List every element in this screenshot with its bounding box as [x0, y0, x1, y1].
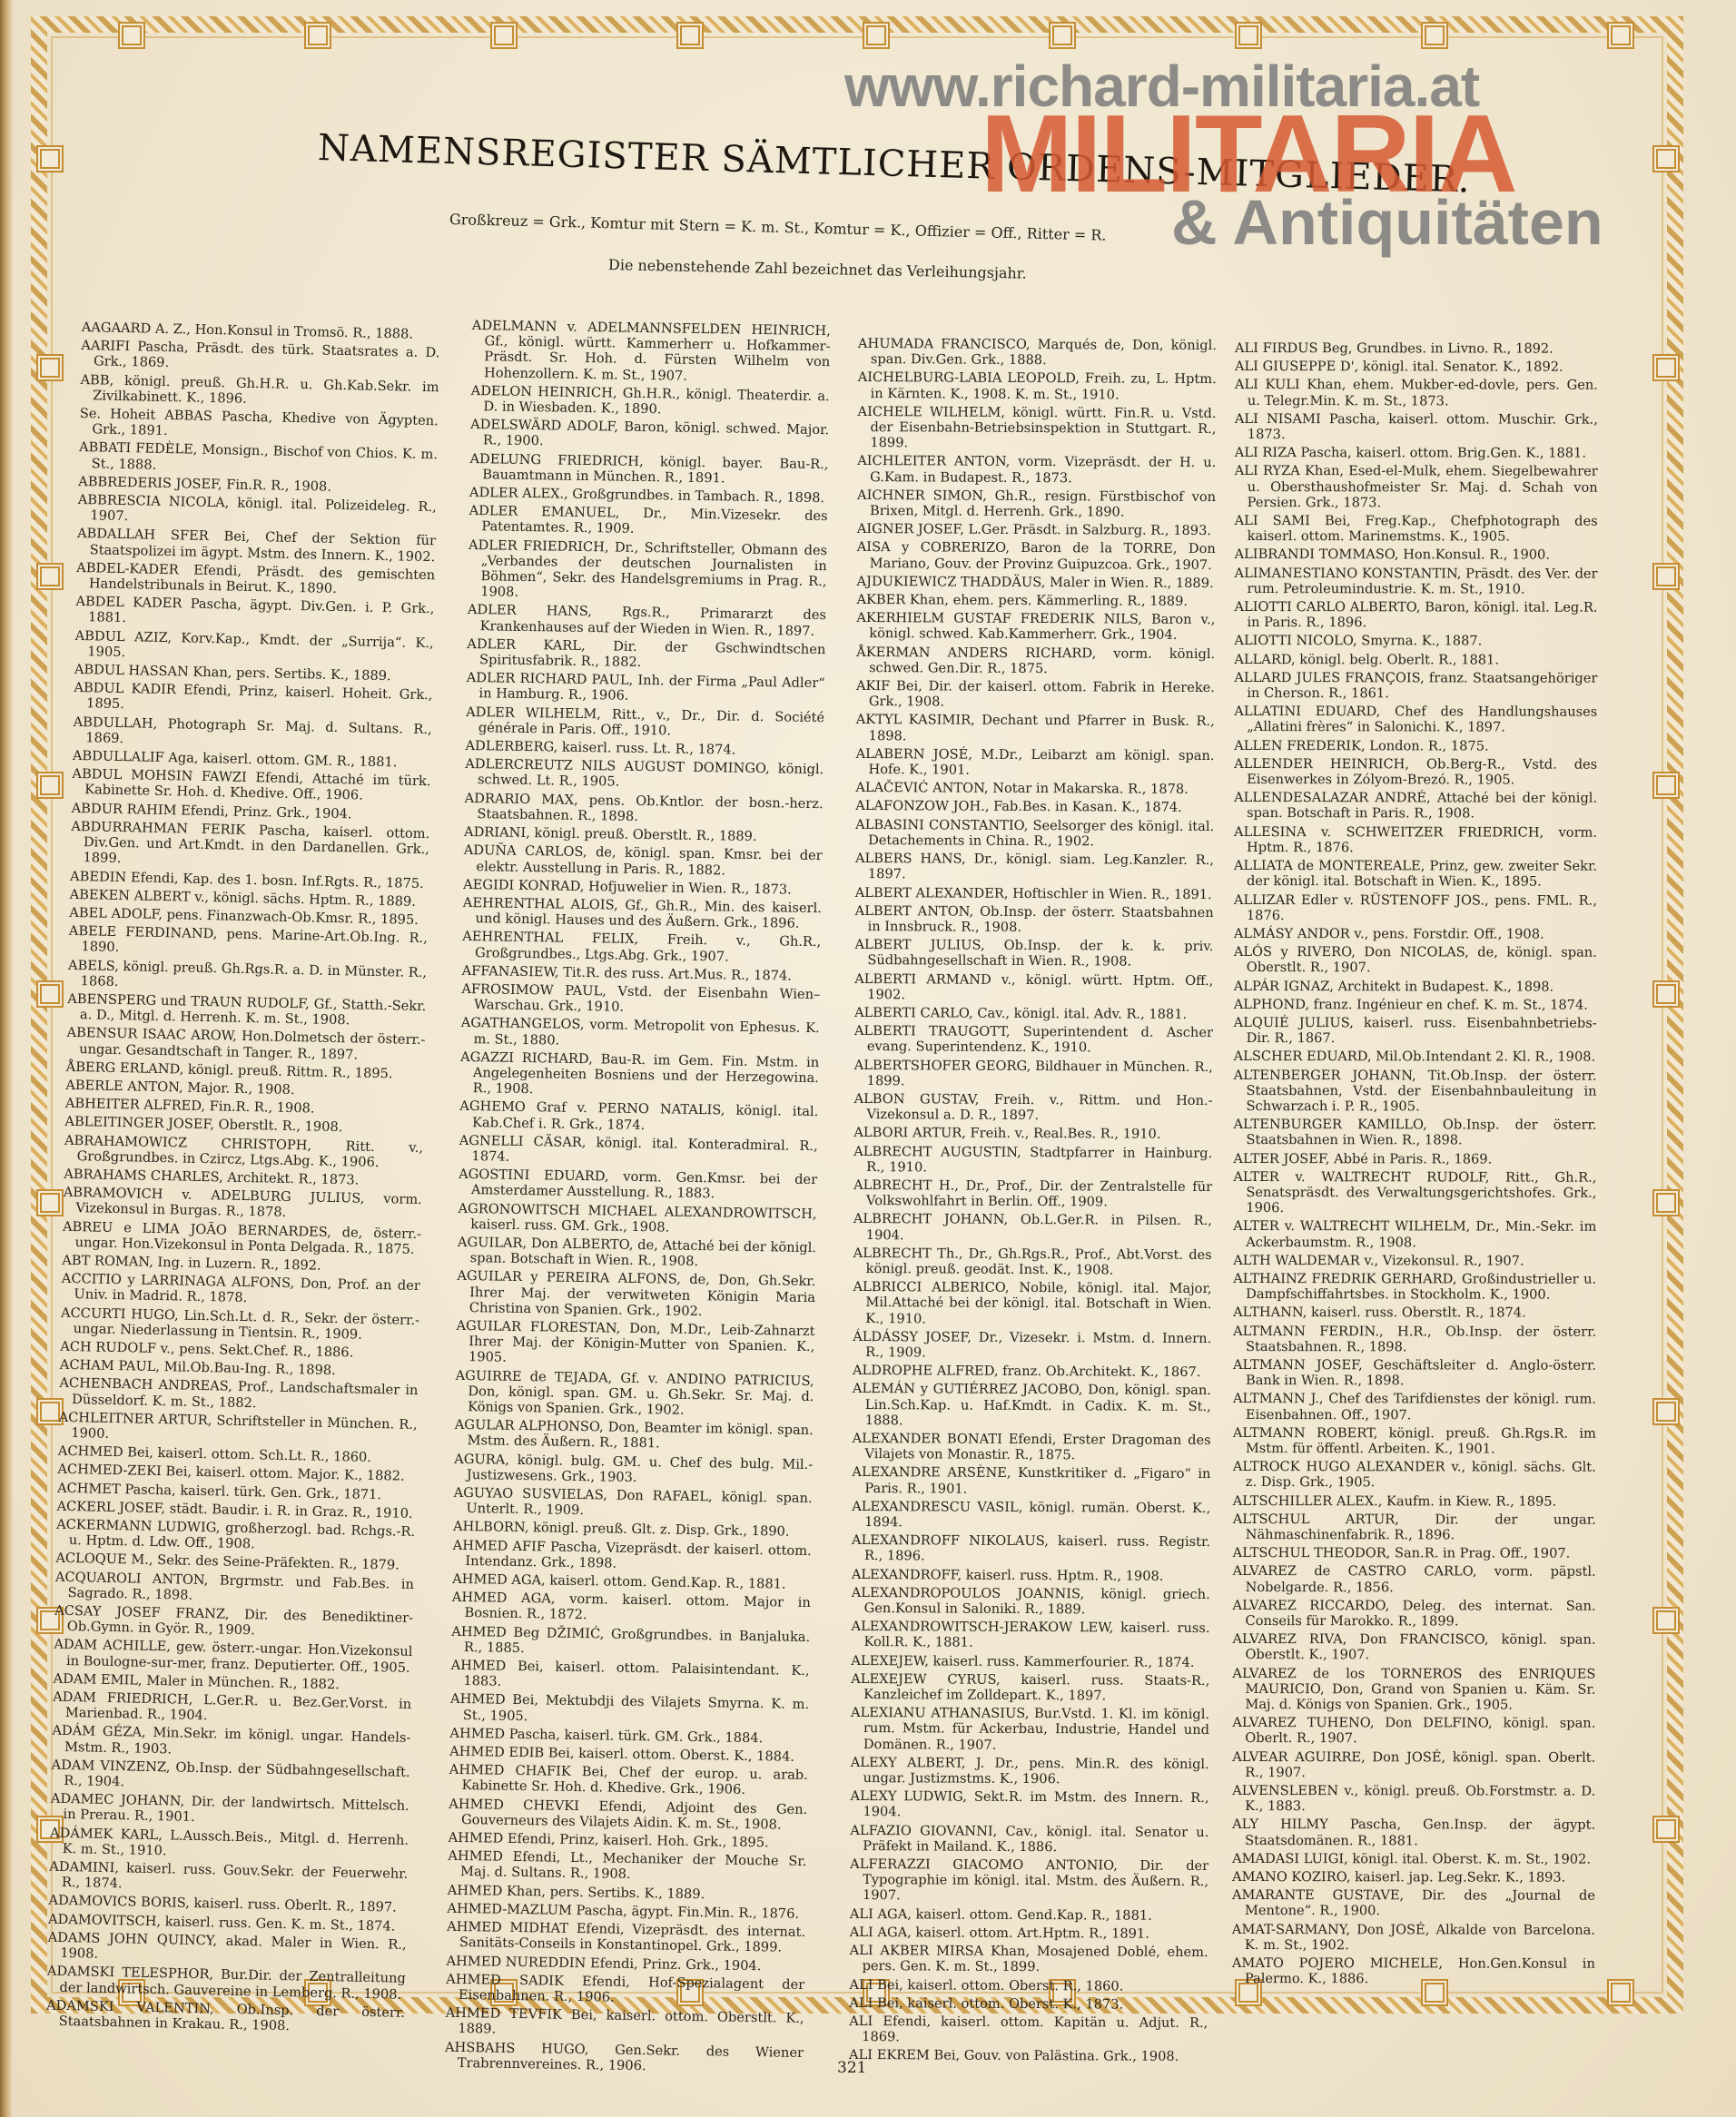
register-entry: ACQUAROLI ANTON, Brgrmstr. und Fab.Bes. …	[54, 1569, 414, 1608]
register-entry: ALBRECHT AUGUSTIN, Stadtpfarrer in Hainb…	[853, 1144, 1212, 1177]
register-entry: ACKERMANN LUDWIG, großherzogl. bad. Rchg…	[56, 1517, 416, 1556]
register-entry: ALEXANDROPOULOS JOANNIS, königl. griech.…	[852, 1585, 1210, 1618]
register-entry: ALVAREZ RICCARDO, Deleg. des internat. S…	[1233, 1598, 1596, 1630]
border-knot-icon	[1652, 1607, 1680, 1634]
register-entry: ALTHANN, kaiserl. russ. Oberstlt. R., 18…	[1233, 1305, 1596, 1321]
register-entry: AMANO KOZIRO, kaiserl. jap. Leg.Sekr. K.…	[1232, 1869, 1595, 1886]
register-entry: ALDROPHE ALFRED, franz. Ob.Architekt. K.…	[853, 1363, 1211, 1380]
register-entry: ADLER EMANUEL, Dr., Min.Vizesekr. des Pa…	[469, 503, 827, 540]
register-entry: ALEXY ALBERT, J. Dr., pens. Min.R. des k…	[851, 1755, 1209, 1787]
register-entry: AGATHANGELOS, vorm. Metropolit von Ephes…	[460, 1015, 819, 1052]
register-entry: AGUYAO SUSVIELAS, Don RAFAEL, königl. sp…	[453, 1485, 812, 1522]
register-entry: ALI Bei, kaiserl. ottom. Oberst. R., 186…	[849, 1976, 1208, 1994]
border-knot-icon	[36, 563, 64, 590]
register-entry: ALPÁR IGNAZ, Architekt in Budapest. K., …	[1234, 979, 1597, 995]
register-entry: AMATO POJERO MICHELE, Hon.Gen.Konsul in …	[1232, 1955, 1595, 1987]
register-entry: ALBERS HANS, Dr., königl. siam. Leg.Kanz…	[855, 851, 1214, 883]
register-entry: AHMED NUREDDIN Efendi, Prinz. Grk., 1904…	[446, 1953, 804, 1974]
register-entry: ALBERT JULIUS, Ob.Insp. der k. k. priv. …	[854, 937, 1213, 970]
register-entry: ADELMANN v. ADELMANNSFELDEN HEINRICH, Gf…	[471, 318, 831, 386]
register-entry: AMADASI LUIGI, königl. ital. Oberst. K. …	[1232, 1851, 1595, 1867]
register-entry: AMAT-SARMANY, Don JOSÉ, Alkalde von Barc…	[1232, 1922, 1595, 1954]
register-entry: ALBON GUSTAV, Freih. v., Rittm. und Hon.…	[853, 1091, 1212, 1124]
register-entry: ACSAY JOSEF FRANZ, Dir. des Benediktiner…	[54, 1603, 414, 1642]
register-entry: ALI AKBER MIRSA Khan, Mosajened Doblé, e…	[850, 1943, 1208, 1975]
border-knot-icon	[1652, 354, 1680, 381]
register-columns: AAGAARD A. Z., Hon.Konsul in Tromsö. R.,…	[82, 327, 1634, 1961]
register-entry: ABDEL-KADER Efendi, Präsdt. des gemischt…	[76, 560, 436, 599]
register-entry: ADLERBERG, kaiserl. russ. Lt. R., 1874.	[465, 738, 824, 759]
register-entry: AFFANASIEW, Tit.R. des russ. Art.Mus. R.…	[462, 963, 821, 984]
register-entry: AICHNER SIMON, Gh.R., resign. Fürstbisch…	[857, 487, 1216, 520]
register-entry: ADELUNG FRIEDRICH, königl. bayer. Bau-R.…	[469, 451, 828, 488]
register-entry: AGOSTINI EDUARD, vorm. Gen.Kmsr. bei der…	[459, 1167, 817, 1204]
register-entry: AHSBAHS HUGO, Gen.Sekr. des Wiener Trabr…	[445, 2039, 804, 2076]
register-entry: ACCITIO y LARRINAGA ALFONS, Don, Prof. a…	[61, 1271, 420, 1310]
register-entry: ÅKERMAN ANDERS RICHARD, vorm. königl. sc…	[856, 645, 1215, 677]
register-entry: AARIFI Pascha, Präsdt. des türk. Staatsr…	[81, 338, 440, 377]
register-entry: ALTER v. WALTRECHT WILHELM, Dr., Min.-Se…	[1233, 1218, 1596, 1250]
border-knot-icon	[304, 22, 331, 49]
register-entry: AGULAR ALPHONSO, Don, Beamter im königl.…	[454, 1417, 813, 1454]
register-entry: ADAMSKI VALENTIN, Ob.Insp. der österr. S…	[46, 1997, 406, 2036]
border-knot-icon	[36, 980, 64, 1008]
register-entry: AEHRENTHAL FELIX, Freih. v., Gh.R., Groß…	[462, 929, 821, 966]
register-entry: ALBORI ARTUR, Freih. v., Real.Bes. R., 1…	[853, 1125, 1212, 1142]
register-entry: AHUMADA FRANCISCO, Marqués de, Don, köni…	[858, 336, 1217, 369]
register-entry: AISA y COBRERIZO, Baron de la TORRE, Don…	[857, 539, 1216, 572]
register-entry: AHMED Efendi, Lt., Mechaniker der Mouche…	[448, 1848, 806, 1886]
register-entry: AICHLEITER ANTON, vorm. Vizepräsdt. der …	[857, 453, 1216, 486]
register-entry: ALIMANESTIANO KONSTANTIN, Präsdt. des Ve…	[1235, 566, 1598, 597]
register-entry: ADAMSKI TELESPHOR, Bur.Dir. der Zentrall…	[46, 1964, 406, 2003]
register-entry: AGUILAR FLORESTAN, Don, M.Dr., Leib-Zahn…	[456, 1318, 815, 1371]
register-entry: ALI Bei, kaiserl. ottom. Oberst. K., 187…	[849, 1995, 1208, 2013]
register-entry: ABENSUR ISAAC AROW, Hon.Dolmetsch der ös…	[66, 1025, 426, 1064]
register-entry: ALVAREZ de CASTRO CARLO, vorm. päpstl. N…	[1233, 1563, 1596, 1595]
register-entry: AEGIDI KONRAD, Hofjuwelier in Wien. R., …	[463, 877, 822, 898]
register-entry: AKERHIELM GUSTAF FREDERIK NILS, Baron v.…	[856, 610, 1215, 643]
register-entry: AHMED CHEVKI Efendi, Adjoint des Gen. Go…	[449, 1796, 807, 1833]
register-entry: ABREU e LIMA JOÃO BERNARDES, de, österr.…	[63, 1218, 422, 1257]
register-entry: ALTSCHUL ARTUR, Dir. der ungar. Nähmasch…	[1233, 1511, 1596, 1543]
register-entry: ADAM ACHILLE, gew. österr.-ungar. Hon.Vi…	[54, 1637, 413, 1676]
register-entry: ALBRECHT JOHANN, Ob.L.Ger.R. in Pilsen. …	[853, 1211, 1212, 1244]
register-entry: AGAZZI RICHARD, Bau-R. im Gem. Fin. Mstm…	[460, 1049, 820, 1102]
register-entry: AHMED CHAFIK Bei, Chef der europ. u. ara…	[449, 1762, 807, 1799]
register-entry: ALVAREZ de los TORNEROS des ENRIQUES MAU…	[1232, 1666, 1595, 1713]
register-entry: ALTMANN JOSEF, Geschäftsleiter d. Anglo-…	[1233, 1357, 1596, 1389]
register-column-2: ADELMANN v. ADELMANNSFELDEN HEINRICH, Gf…	[445, 318, 831, 2079]
register-entry: ABBATI FEDÈLE, Monsign., Bischof von Chi…	[79, 439, 439, 478]
register-entry: ACHLEITNER ARTUR, Schriftsteller in Münc…	[58, 1410, 418, 1449]
register-entry: AFROSIMOW PAUL, Vstd. der Eisenbahn Wien…	[461, 981, 820, 1019]
register-entry: AHMED EDIB Bei, kaiserl. ottom. Oberst. …	[449, 1744, 808, 1765]
register-entry: AHMED Bei, kaiserl. ottom. Palaisintenda…	[450, 1658, 809, 1695]
register-entry: ALMÁSY ANDOR v., pens. Forstdir. Off., 1…	[1234, 926, 1597, 942]
register-entry: ADELON HEINRICH, Gh.H.R., königl. Theate…	[470, 383, 829, 420]
register-entry: ABBRESCIA NICOLA, königl. ital. Polizeid…	[77, 492, 437, 531]
register-entry: ALBERTSHOFER GEORG, Bildhauer in München…	[854, 1058, 1213, 1090]
register-entry: ALI SAMI Bei, Freg.Kap., Chefphotograph …	[1235, 513, 1598, 545]
register-entry: AHMED AGA, kaiserl. ottom. Gend.Kap. R.,…	[452, 1571, 811, 1592]
register-entry: ALVAREZ TUHENO, Don DELFINO, königl. spa…	[1232, 1715, 1595, 1747]
register-entry: ALEXANDROFF, kaiserl. russ. Hptm. R., 19…	[852, 1567, 1210, 1584]
register-entry: AHMED AFIF Pascha, Vizepräsdt. der kaise…	[452, 1537, 811, 1574]
register-entry: ALEMÁN y GUTIÉRREZ JACOBO, Don, königl. …	[853, 1381, 1211, 1430]
register-entry: ALLENDESALAZAR ANDRÉ, Attaché bei der kö…	[1234, 790, 1597, 822]
register-entry: ALY HILMY Pascha, Gen.Insp. der ägypt. S…	[1232, 1817, 1595, 1848]
register-entry: ALLIATA de MONTEREALE, Prinz, gew. zweit…	[1234, 858, 1597, 890]
register-entry: AHMED Efendi, Prinz, kaiserl. Hoh. Grk.,…	[449, 1830, 807, 1851]
register-entry: ALFERAZZI GIACOMO ANTONIO, Dir. der Typo…	[850, 1856, 1208, 1905]
register-entry: ALI KULI Khan, ehem. Mukber-ed-dovle, pe…	[1235, 377, 1598, 409]
register-entry: ADLER HANS, Rgs.R., Primararzt des Krank…	[468, 602, 826, 639]
register-entry: AHLBORN, königl. preuß. Glt. z. Disp. Gr…	[453, 1519, 812, 1540]
border-knot-icon	[36, 145, 64, 172]
register-entry: AHMED-MAZLUM Pascha, ägypt. Fin.Min. R.,…	[447, 1901, 805, 1922]
register-entry: AHMED TEVFIK Bei, kaiserl. ottom. Oberst…	[445, 2005, 804, 2043]
register-entry: AHMED Khan, pers. Sertibs. K., 1889.	[448, 1882, 806, 1903]
register-entry: ALBRECHT Th., Dr., Gh.Rgs.R., Prof., Abt…	[853, 1246, 1212, 1278]
register-entry: ALI Efendi, kaiserl. ottom. Kapitän u. A…	[849, 2014, 1208, 2046]
register-entry: ALTENBERGER JOHANN, Tit.Ob.Insp. der öst…	[1234, 1068, 1597, 1115]
register-entry: AEHRENTHAL ALOIS, Gf., Gh.R., Min. des k…	[462, 895, 821, 932]
border-knot-icon	[36, 354, 64, 381]
register-column-1: AAGAARD A. Z., Hon.Konsul in Tromsö. R.,…	[46, 320, 440, 2039]
register-entry: ABRAHAMOWICZ CHRISTOPH, Ritt. v., Großgr…	[64, 1132, 424, 1171]
register-entry: ALI EKREM Bei, Gouv. von Palästina. Grk.…	[849, 2047, 1208, 2064]
register-entry: AGUIRRE de TEJADA, Gf. v. ANDINO PATRICI…	[455, 1367, 814, 1420]
register-entry: ABB, königl. preuß. Gh.H.R. u. Gh.Kab.Se…	[80, 372, 439, 411]
border-knot-icon	[1049, 22, 1076, 49]
register-entry: ALTSCHILLER ALEX., Kaufm. in Kiew. R., 1…	[1233, 1493, 1596, 1510]
register-entry: ALEXEJEW, kaiserl. russ. Kammerfourier. …	[851, 1653, 1209, 1670]
register-entry: ALEXANDRESCU VASIL, königl. rumän. Obers…	[852, 1499, 1210, 1531]
register-entry: ADELSWÄRD ADOLF, Baron, königl. schwed. …	[470, 417, 829, 454]
register-entry: ALEXY LUDWIG, Sekt.R. im Mstm. des Inner…	[850, 1788, 1208, 1821]
register-entry: ALTROCK HUGO ALEXANDER v., königl. sächs…	[1233, 1459, 1596, 1491]
register-entry: AHMED MIDHAT Efendi, Vizepräsdt. des int…	[447, 1919, 805, 1956]
book-binding-edge	[0, 0, 13, 2117]
register-entry: ADAM FRIEDRICH, L.Ger.R. u. Bez.Ger.Vors…	[53, 1689, 412, 1728]
register-entry: AHMED Pascha, kaiserl. türk. GM. Grk., 1…	[449, 1726, 808, 1747]
register-entry: ALLARD, königl. belg. Oberlt. R., 1881.	[1234, 652, 1597, 668]
border-knot-icon	[1235, 22, 1262, 49]
page-number: 321	[837, 2059, 866, 2077]
watermark-antiquitaeten: & Antiquitäten	[1171, 191, 1603, 254]
border-knot-icon	[490, 22, 518, 49]
register-entry: ABDURRAHMAN FERIK Pascha, kaiserl. ottom…	[70, 819, 429, 873]
register-entry: ABELS, königl. preuß. Gh.Rgs.R. a. D. in…	[68, 957, 428, 996]
border-knot-icon	[1421, 22, 1448, 49]
register-entry: ALI GIUSEPPE D', königl. ital. Senator. …	[1235, 359, 1598, 375]
register-column-4: ALI FIRDUS Beg, Grundbes. in Livno. R., …	[1232, 340, 1598, 1990]
register-entry: ABDUL MOHSIN FAWZI Efendi, Attaché im tü…	[72, 766, 431, 805]
register-entry: ADLER WILHELM, Ritt., v., Dr., Dir. d. S…	[466, 704, 824, 742]
register-entry: ABENSPERG und TRAUN RUDOLF, Gf., Statth.…	[67, 991, 427, 1030]
register-entry: ALIOTTI NICOLO, Smyrna. K., 1887.	[1234, 633, 1597, 649]
register-entry: ADAMINI, kaiserl. russ. Gouv.Sekr. der F…	[49, 1859, 409, 1898]
register-entry: ALI RYZA Khan, Esed-el-Mulk, ehem. Siege…	[1235, 463, 1598, 510]
register-entry: ALEXANDRE ARSÈNE, Kunstkritiker d. „Figa…	[852, 1464, 1210, 1497]
register-entry: AKTYL KASIMIR, Dechant und Pfarrer in Bu…	[856, 712, 1215, 744]
register-entry: ALBERT ALEXANDER, Hoftischler in Wien. R…	[855, 884, 1214, 901]
register-entry: AGURA, königl. bulg. GM. u. Chef des bul…	[454, 1451, 813, 1488]
register-entry: ABDUL AZIZ, Korv.Kap., Kmdt. der „Surrij…	[74, 628, 434, 667]
register-entry: ALLEN FREDERIK, London. R., 1875.	[1234, 738, 1597, 754]
register-entry: AICHELE WILHELM, königl. württ. Fin.R. u…	[857, 404, 1216, 453]
register-entry: AICHELBURG-LABIA LEOPOLD, Freih. zu, L. …	[858, 369, 1217, 402]
border-knot-icon	[1652, 1189, 1680, 1216]
register-entry: AMARANTE GUSTAVE, Dir. des „Journal de M…	[1232, 1887, 1595, 1919]
register-entry: ALBERTI ARMAND v., königl. württ. Hptm. …	[854, 971, 1213, 1004]
register-entry: ALTER v. WALTRECHT RUDOLF, Ritt., Gh.R.,…	[1233, 1169, 1596, 1216]
register-entry: ADLERCREUTZ NILS AUGUST DOMINGO, königl.…	[465, 756, 824, 793]
register-entry: ALAČEVIĆ ANTON, Notar in Makarska. R., 1…	[855, 780, 1214, 797]
register-entry: ALI AGA, kaiserl. ottom. Gend.Kap. R., 1…	[850, 1906, 1208, 1924]
register-entry: ADÁM GÉZA, Min.Sekr. im königl. ungar. H…	[52, 1723, 411, 1762]
register-entry: ABELE FERDINAND, pens. Marine-Art.Ob.Ing…	[68, 923, 428, 962]
register-entry: ALABERN JOSÉ, M.Dr., Leibarzt am königl.…	[855, 746, 1214, 779]
register-entry: ALTENBURGER KAMILLO, Ob.Insp. der österr…	[1233, 1117, 1596, 1148]
register-entry: ALIOTTI CARLO ALBERTO, Baron, königl. it…	[1234, 599, 1597, 631]
register-entry: ALTMANN J., Chef des Tarifdienstes der k…	[1233, 1391, 1596, 1423]
register-entry: ALEXANDER BONATI Efendi, Erster Dragoman…	[853, 1431, 1211, 1463]
register-entry: AIGNER JOSEF, L.Ger. Präsdt. in Salzburg…	[857, 521, 1216, 538]
register-entry: ADAMS JOHN QUINCY, akad. Maler in Wien. …	[47, 1930, 407, 1969]
border-knot-icon	[36, 1189, 64, 1216]
border-knot-icon	[1652, 980, 1680, 1008]
border-knot-icon	[676, 22, 704, 49]
register-entry: ALLATINI EDUARD, Chef des Handlungshause…	[1234, 704, 1597, 735]
register-entry: AGRONOWITSCH MICHAEL ALEXANDROWITSCH, ka…	[458, 1200, 816, 1237]
register-entry: ALBERTI TRAUGOTT, Superintendent d. Asch…	[854, 1023, 1213, 1056]
register-entry: ABDALLAH SFER Bei, Chef der Sektion für …	[77, 526, 437, 565]
register-entry: ALI AGA, kaiserl. ottom. Art.Hptm. R., 1…	[850, 1925, 1208, 1942]
register-entry: ALTMANN FERDIN., H.R., Ob.Insp. der öste…	[1233, 1324, 1596, 1355]
register-entry: ADLER ALEX., Großgrundbes. in Tambach. R…	[469, 485, 828, 506]
register-entry: ALTER JOSEF, Abbé in Paris. R., 1869.	[1233, 1151, 1596, 1167]
register-entry: ALBERTI CARLO, Cav., königl. ital. Adv. …	[854, 1005, 1213, 1022]
register-entry: ALI FIRDUS Beg, Grundbes. in Livno. R., …	[1235, 340, 1598, 357]
register-entry: AHMED AGA, vorm. kaiserl. ottom. Major i…	[451, 1590, 810, 1627]
register-entry: ALEXEJEW CYRUS, kaiserl. russ. Staats-R.…	[851, 1671, 1209, 1704]
register-entry: ALBASINI CONSTANTIO, Seelsorger des köni…	[855, 817, 1214, 850]
register-entry: ALBRICCI ALBERICO, Nobile, königl. ital.…	[853, 1279, 1211, 1328]
register-entry: ADLER FRIEDRICH, Dr., Schriftsteller, Ob…	[468, 537, 827, 606]
register-entry: AGNELLI CÄSAR, königl. ital. Konteradmir…	[459, 1133, 817, 1170]
register-entry: ALTMANN ROBERT, königl. preuß. Gh.Rgs.R.…	[1233, 1425, 1596, 1457]
register-entry: AGHEMO Graf v. PERNO NATALIS, königl. it…	[459, 1098, 818, 1136]
register-entry: ALLESINA v. SCHWEITZER FRIEDRICH, vorm. …	[1234, 824, 1597, 856]
register-entry: ALBERT ANTON, Ob.Insp. der österr. Staat…	[855, 903, 1214, 936]
register-entry: ALI NISAMI Pascha, kaiserl. ottom. Musch…	[1235, 411, 1598, 443]
register-entry: ALEXANDROFF NIKOLAUS, kaiserl. russ. Reg…	[852, 1532, 1210, 1565]
register-entry: ABDUL KADIR Efendi, Prinz, kaiserl. Hohe…	[74, 680, 433, 719]
register-entry: AHMED Bei, Mektubdji des Vilajets Smyrna…	[450, 1691, 809, 1728]
register-entry: ALÓS y RIVERO, Don NICOLAS, de, königl. …	[1234, 944, 1597, 976]
border-knot-icon	[36, 772, 64, 799]
register-entry: AKBER Khan, ehem. pers. Kämmerling. R., …	[856, 592, 1215, 609]
register-entry: ALLIZAR Edler v. RÜSTENOFF JOS., pens. F…	[1234, 891, 1597, 923]
register-entry: ALBRECHT H., Dr., Prof., Dir. der Zentra…	[853, 1177, 1212, 1210]
register-entry: ALTSCHUL THEODOR, San.R. in Prag. Off., …	[1233, 1545, 1596, 1561]
register-entry: ADLER RICHARD PAUL, Inh. der Firma „Paul…	[466, 670, 824, 707]
register-entry: ACHENBACH ANDREAS, Prof., Landschaftsmal…	[59, 1375, 419, 1414]
register-entry: ADLER KARL, Dir. der Gschwindtschen Spir…	[467, 636, 825, 674]
register-entry: ALVENSLEBEN v., königl. preuß. Ob.Forstm…	[1232, 1783, 1595, 1815]
register-entry: ALPHOND, franz. Ingénieur en chef. K. m.…	[1234, 997, 1597, 1013]
border-knot-icon	[1652, 145, 1680, 172]
border-knot-icon	[1652, 1816, 1680, 1843]
register-entry: ALTH WALDEMAR v., Vizekonsul. R., 1907.	[1233, 1253, 1596, 1269]
register-entry: ABRAMOVICH v. ADELBURG JULIUS, vorm. Viz…	[63, 1185, 422, 1224]
register-entry: AKIF Bei, Dir. der kaiserl. ottom. Fabri…	[856, 678, 1215, 711]
register-entry: ALEXANDROWITSCH-JERAKOW LEW, kaiserl. ru…	[851, 1619, 1209, 1651]
register-entry: ALLARD JULES FRANÇOIS, franz. Staatsange…	[1234, 670, 1597, 702]
border-knot-icon	[1652, 772, 1680, 799]
register-entry: ALEXIANU ATHANASIUS, Bur.Vstd. 1. Kl. im…	[851, 1705, 1209, 1754]
register-entry: AHMED SADIK Efendi, Hof-Spezialagent der…	[446, 1971, 804, 2008]
register-entry: ALFAZIO GIOVANNI, Cav., königl. ital. Se…	[850, 1823, 1208, 1856]
register-entry: ALQUIÉ JULIUS, kaiserl. russ. Eisenbahnb…	[1234, 1015, 1597, 1047]
register-entry: ABDEL KADER Pascha, ägypt. Div.Gen. i. P…	[75, 594, 435, 633]
border-knot-icon	[1652, 1398, 1680, 1425]
register-entry: ALVAREZ RIVA, Don FRANCISCO, königl. spa…	[1232, 1631, 1595, 1663]
register-entry: AHMED Beg DŽIMIĆ, Großgrundbes. in Banja…	[451, 1623, 810, 1660]
register-entry: ALAFONZOW JOH., Fab.Bes. in Kasan. K., 1…	[855, 798, 1214, 815]
register-entry: ACCURTI HUGO, Lin.Sch.Lt. d. R., Sekr. d…	[61, 1305, 420, 1344]
register-entry: AGUILAR y PEREIRA ALFONS, de, Don, Gh.Se…	[457, 1268, 816, 1321]
register-entry: ALTHAINZ FREDRIK GERHARD, Großindustriel…	[1233, 1271, 1596, 1303]
register-entry: AJDUKIEWICZ THADDÄUS, Maler in Wien. R.,…	[857, 574, 1216, 591]
register-column-3: AHUMADA FRANCISCO, Marqués de, Don, köni…	[849, 336, 1217, 2068]
register-entry: ALSCHER EDUARD, Mil.Ob.Intendant 2. Kl. …	[1234, 1049, 1597, 1065]
border-knot-icon	[863, 22, 890, 49]
border-knot-icon	[1607, 1979, 1634, 2006]
register-entry: ALIBRANDI TOMMASO, Hon.Konsul. R., 1900.	[1235, 546, 1598, 563]
register-entry: ADAM VINZENZ, Ob.Insp. der Südbahngesell…	[51, 1758, 410, 1797]
register-entry: ALLENDER HEINRICH, Ob.Berg-R., Vstd. des…	[1234, 756, 1597, 788]
register-entry: ABDULLAH, Photograph Sr. Maj. d. Sultans…	[73, 714, 432, 753]
border-knot-icon	[118, 22, 145, 49]
register-entry: ADUÑA CARLOS, de, königl. span. Kmsr. be…	[463, 842, 822, 880]
register-entry: AGUILAR, Don ALBERTO, de, Attaché bei de…	[458, 1235, 816, 1272]
border-knot-icon	[1607, 22, 1634, 49]
register-entry: Se. Hoheit ABBAS Pascha, Khedive von Ägy…	[79, 406, 439, 445]
register-entry: ADRARIO MAX, pens. Ob.Kntlor. der bosn.-…	[464, 791, 823, 828]
border-knot-icon	[1652, 563, 1680, 590]
register-entry: ALI RIZA Pascha, kaiserl. ottom. Brig.Ge…	[1235, 445, 1598, 461]
register-entry: ALVEAR AGUIRRE, Don JOSÉ, königl. span. …	[1232, 1749, 1595, 1781]
register-entry: ÁLDÁSSY JOSEF, Dr., Vizesekr. i. Mstm. d…	[853, 1329, 1211, 1362]
register-entry: ADÁMEK KARL, L.Aussch.Beis., Mitgl. d. H…	[50, 1825, 409, 1864]
register-entry: ADAMEC JOHANN, Dir. der landwirtsch. Mit…	[50, 1791, 409, 1830]
